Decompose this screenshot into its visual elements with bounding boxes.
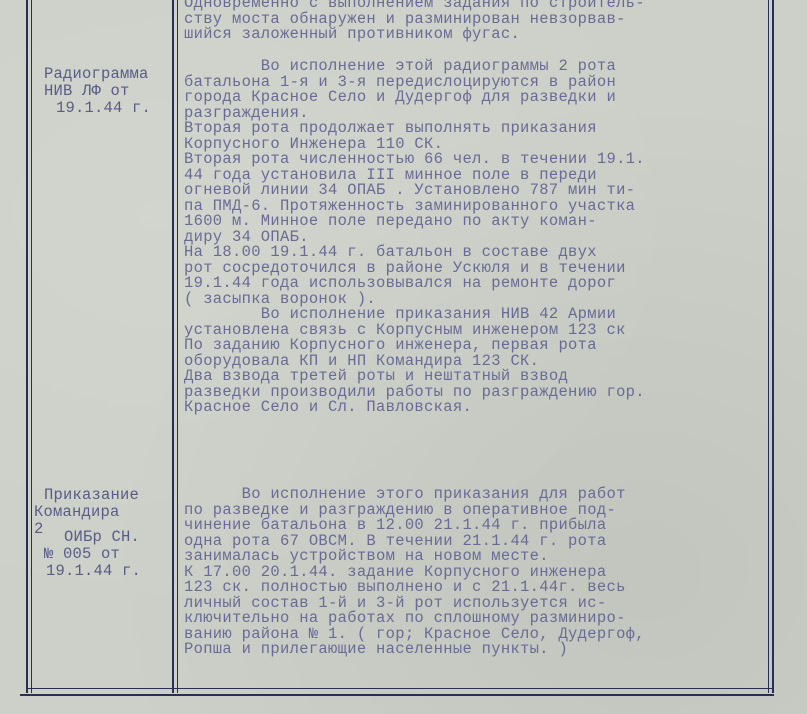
table-rule-bottom-outer bbox=[20, 694, 774, 696]
reference-line: Командира bbox=[34, 504, 168, 521]
reference-entry-radiogram: Радиограмма НИВ ЛФ от 19.1.44 г. bbox=[36, 66, 170, 117]
table-rule-mid-inner bbox=[177, 0, 178, 693]
reference-line: ОИБр СН. bbox=[34, 529, 168, 546]
text-line: Красное Село и Сл. Павловская. bbox=[184, 400, 774, 416]
table-rule-left-inner bbox=[31, 0, 32, 693]
reference-line: 19.1.44 г. bbox=[34, 563, 168, 580]
reference-line: НИВ ЛФ от bbox=[36, 83, 170, 100]
table-rule-bottom-inner bbox=[26, 688, 774, 689]
text-line: Ропша и прилегающие населенные пункты. ) bbox=[184, 642, 774, 658]
archival-document-page: Радиограмма НИВ ЛФ от 19.1.44 г. Приказа… bbox=[0, 0, 807, 714]
report-text-block-1: Одновременно с выполнением задания по ст… bbox=[184, 0, 774, 43]
table-rule-mid-outer bbox=[172, 0, 174, 693]
table-rule-left-outer bbox=[26, 0, 28, 693]
reference-entry-order: Приказание Командира 2 ОИБр СН. № 005 от… bbox=[34, 487, 168, 580]
report-text-block-3: Во исполнение этого приказания для работ… bbox=[184, 487, 774, 658]
report-text-block-2: Во исполнение этой радиограммы 2 ротабат… bbox=[184, 59, 774, 416]
reference-line: Радиограмма bbox=[36, 66, 170, 83]
text-line: шийся заложенный противником фугас. bbox=[184, 27, 774, 43]
reference-line: № 005 от bbox=[34, 546, 168, 563]
reference-line: 19.1.44 г. bbox=[36, 100, 170, 117]
reference-line: Приказание bbox=[34, 487, 168, 504]
